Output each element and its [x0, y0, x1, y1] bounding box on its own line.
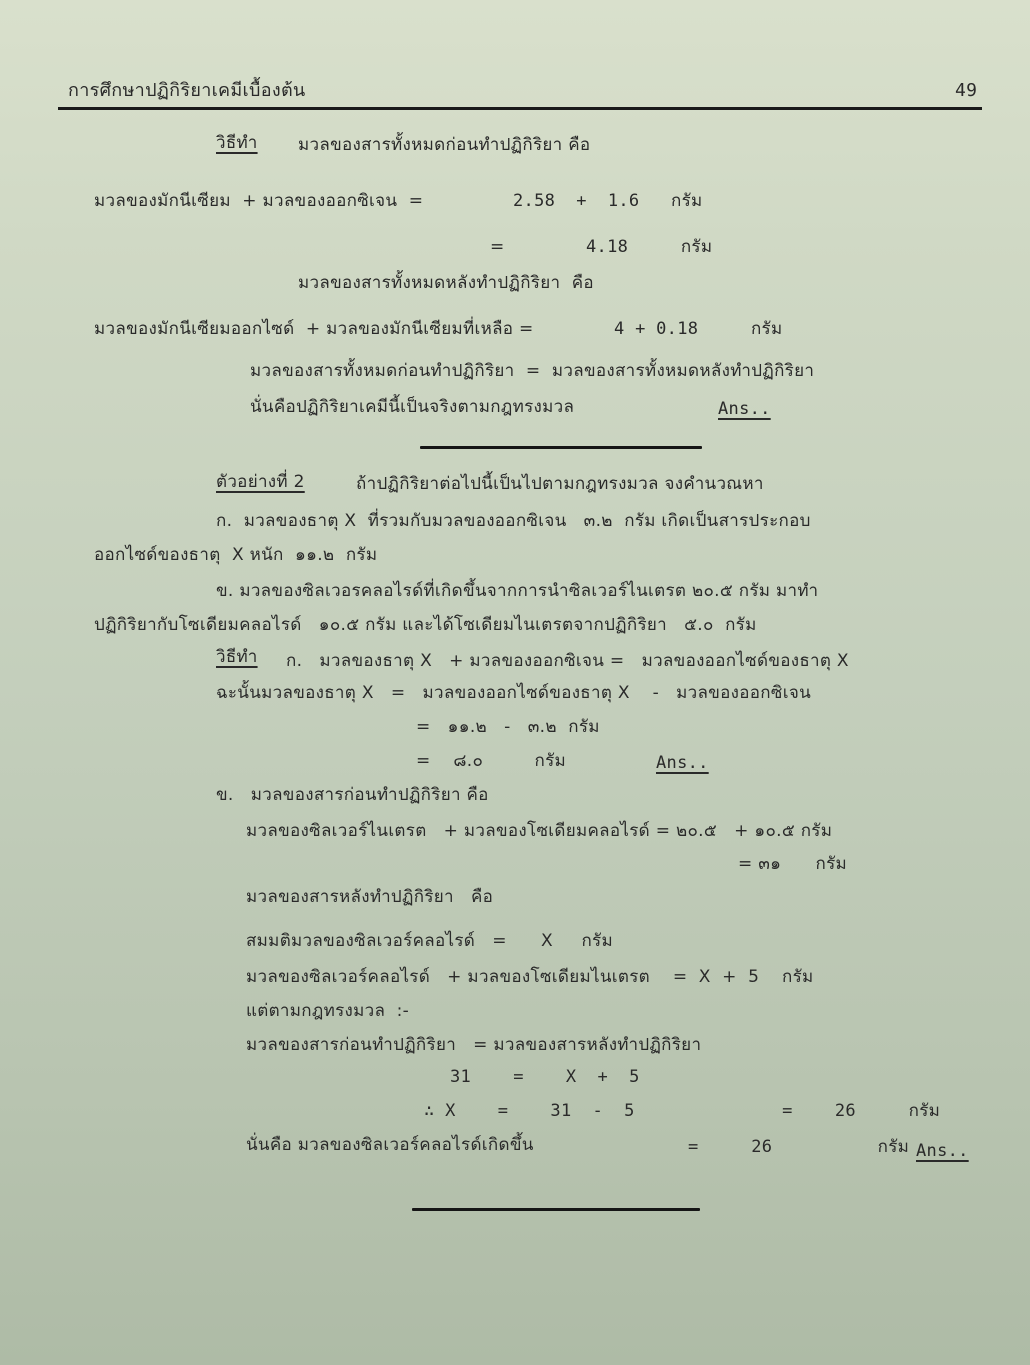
- text-line: มวลของสารทั้งหมดก่อนทำปฏิกิริยา = มวลของ…: [250, 360, 814, 382]
- text-line: มวลของซิลเวอร์ไนเตรต + มวลของโซเดียมคลอไ…: [246, 820, 832, 842]
- text-line: ข. มวลของสารก่อนทำปฏิกิริยา คือ: [216, 784, 489, 806]
- text-line: ก. มวลของธาตุ X + มวลของออกซิเจน = มวลขอ…: [286, 650, 849, 672]
- section-separator: [420, 446, 702, 449]
- section-separator: [412, 1208, 700, 1211]
- answer-marker: Ans..: [916, 1140, 969, 1162]
- text-line: = ๘.๐ กรัม: [416, 750, 566, 772]
- equation-line: 31 = X + 5: [450, 1066, 640, 1088]
- text-line: ปฏิกิริยากับโซเดียมคลอไรด์ ๑๐.๕ กรัม และ…: [94, 614, 757, 636]
- header-rule: [58, 107, 982, 110]
- method-label: วิธีทำ: [216, 646, 258, 668]
- answer-marker: Ans..: [656, 752, 709, 774]
- text-line: ฉะนั้นมวลของธาตุ X = มวลของออกไซด์ของธาต…: [216, 682, 811, 704]
- text-line: นั่นคือปฏิกิริยาเคมีนี้เป็นจริงตามกฎทรงม…: [250, 396, 574, 418]
- text-line: ก. มวลของธาตุ X ที่รวมกับมวลของออกซิเจน …: [216, 510, 811, 532]
- text-line: ออกไซด์ของธาตุ X หนัก ๑๑.๒ กรัม: [94, 544, 377, 566]
- text-line: มวลของสารหลังทำปฏิกิริยา คือ: [246, 886, 493, 908]
- answer-marker: Ans..: [718, 398, 771, 420]
- example-label: ตัวอย่างที่ 2: [216, 471, 305, 493]
- text-line: มวลของสารทั้งหมดหลังทำปฏิกิริยา คือ: [298, 272, 594, 294]
- text-line: ข. มวลของซิลเวอรคลอไรด์ที่เกิดขึ้นจากการ…: [216, 580, 818, 602]
- equation-value: = 26 กรัม: [688, 1136, 909, 1158]
- running-header-title: การศึกษาปฏิกิริยาเคมีเบื้องต้น: [68, 80, 306, 102]
- text-line: = ๓๑ กรัม: [738, 853, 847, 875]
- equation-value: 4 + 0.18 กรัม: [614, 318, 782, 340]
- equation-value: 4.18 กรัม: [586, 236, 712, 258]
- text-line: นั่นคือ มวลของซิลเวอร์คลอไรด์เกิดขึ้น: [246, 1134, 534, 1156]
- page-number: 49: [955, 80, 977, 102]
- text-line: = ๑๑.๒ - ๓.๒ กรัม: [416, 716, 600, 738]
- equation-line: ∴ X = 31 - 5 = 26 กรัม: [424, 1100, 940, 1122]
- equation-value: 2.58 + 1.6 กรัม: [513, 190, 703, 212]
- text-line: ถ้าปฏิกิริยาต่อไปนี้เป็นไปตามกฎทรงมวล จง…: [356, 473, 764, 495]
- text-line: มวลของสารทั้งหมดก่อนทำปฏิกิริยา คือ: [298, 134, 590, 156]
- text-line: มวลของซิลเวอร์คลอไรด์ + มวลของโซเดียมไนเ…: [246, 966, 814, 988]
- text-line: แต่ตามกฎทรงมวล :-: [246, 1000, 409, 1022]
- equals-sign: =: [490, 236, 505, 258]
- text-line: มวลของมักนีเซียมออกไซด์ + มวลของมักนีเซี…: [94, 318, 534, 340]
- text-line: มวลของมักนีเซียม + มวลของออกซิเจน =: [94, 190, 423, 212]
- method-label: วิธีทำ: [216, 132, 258, 154]
- document-page: การศึกษาปฏิกิริยาเคมีเบื้องต้น 49 วิธีทำ…: [0, 0, 1030, 1365]
- text-line: มวลของสารก่อนทำปฏิกิริยา = มวลของสารหลัง…: [246, 1034, 701, 1056]
- text-line: สมมติมวลของซิลเวอร์คลอไรด์ = X กรัม: [246, 930, 613, 952]
